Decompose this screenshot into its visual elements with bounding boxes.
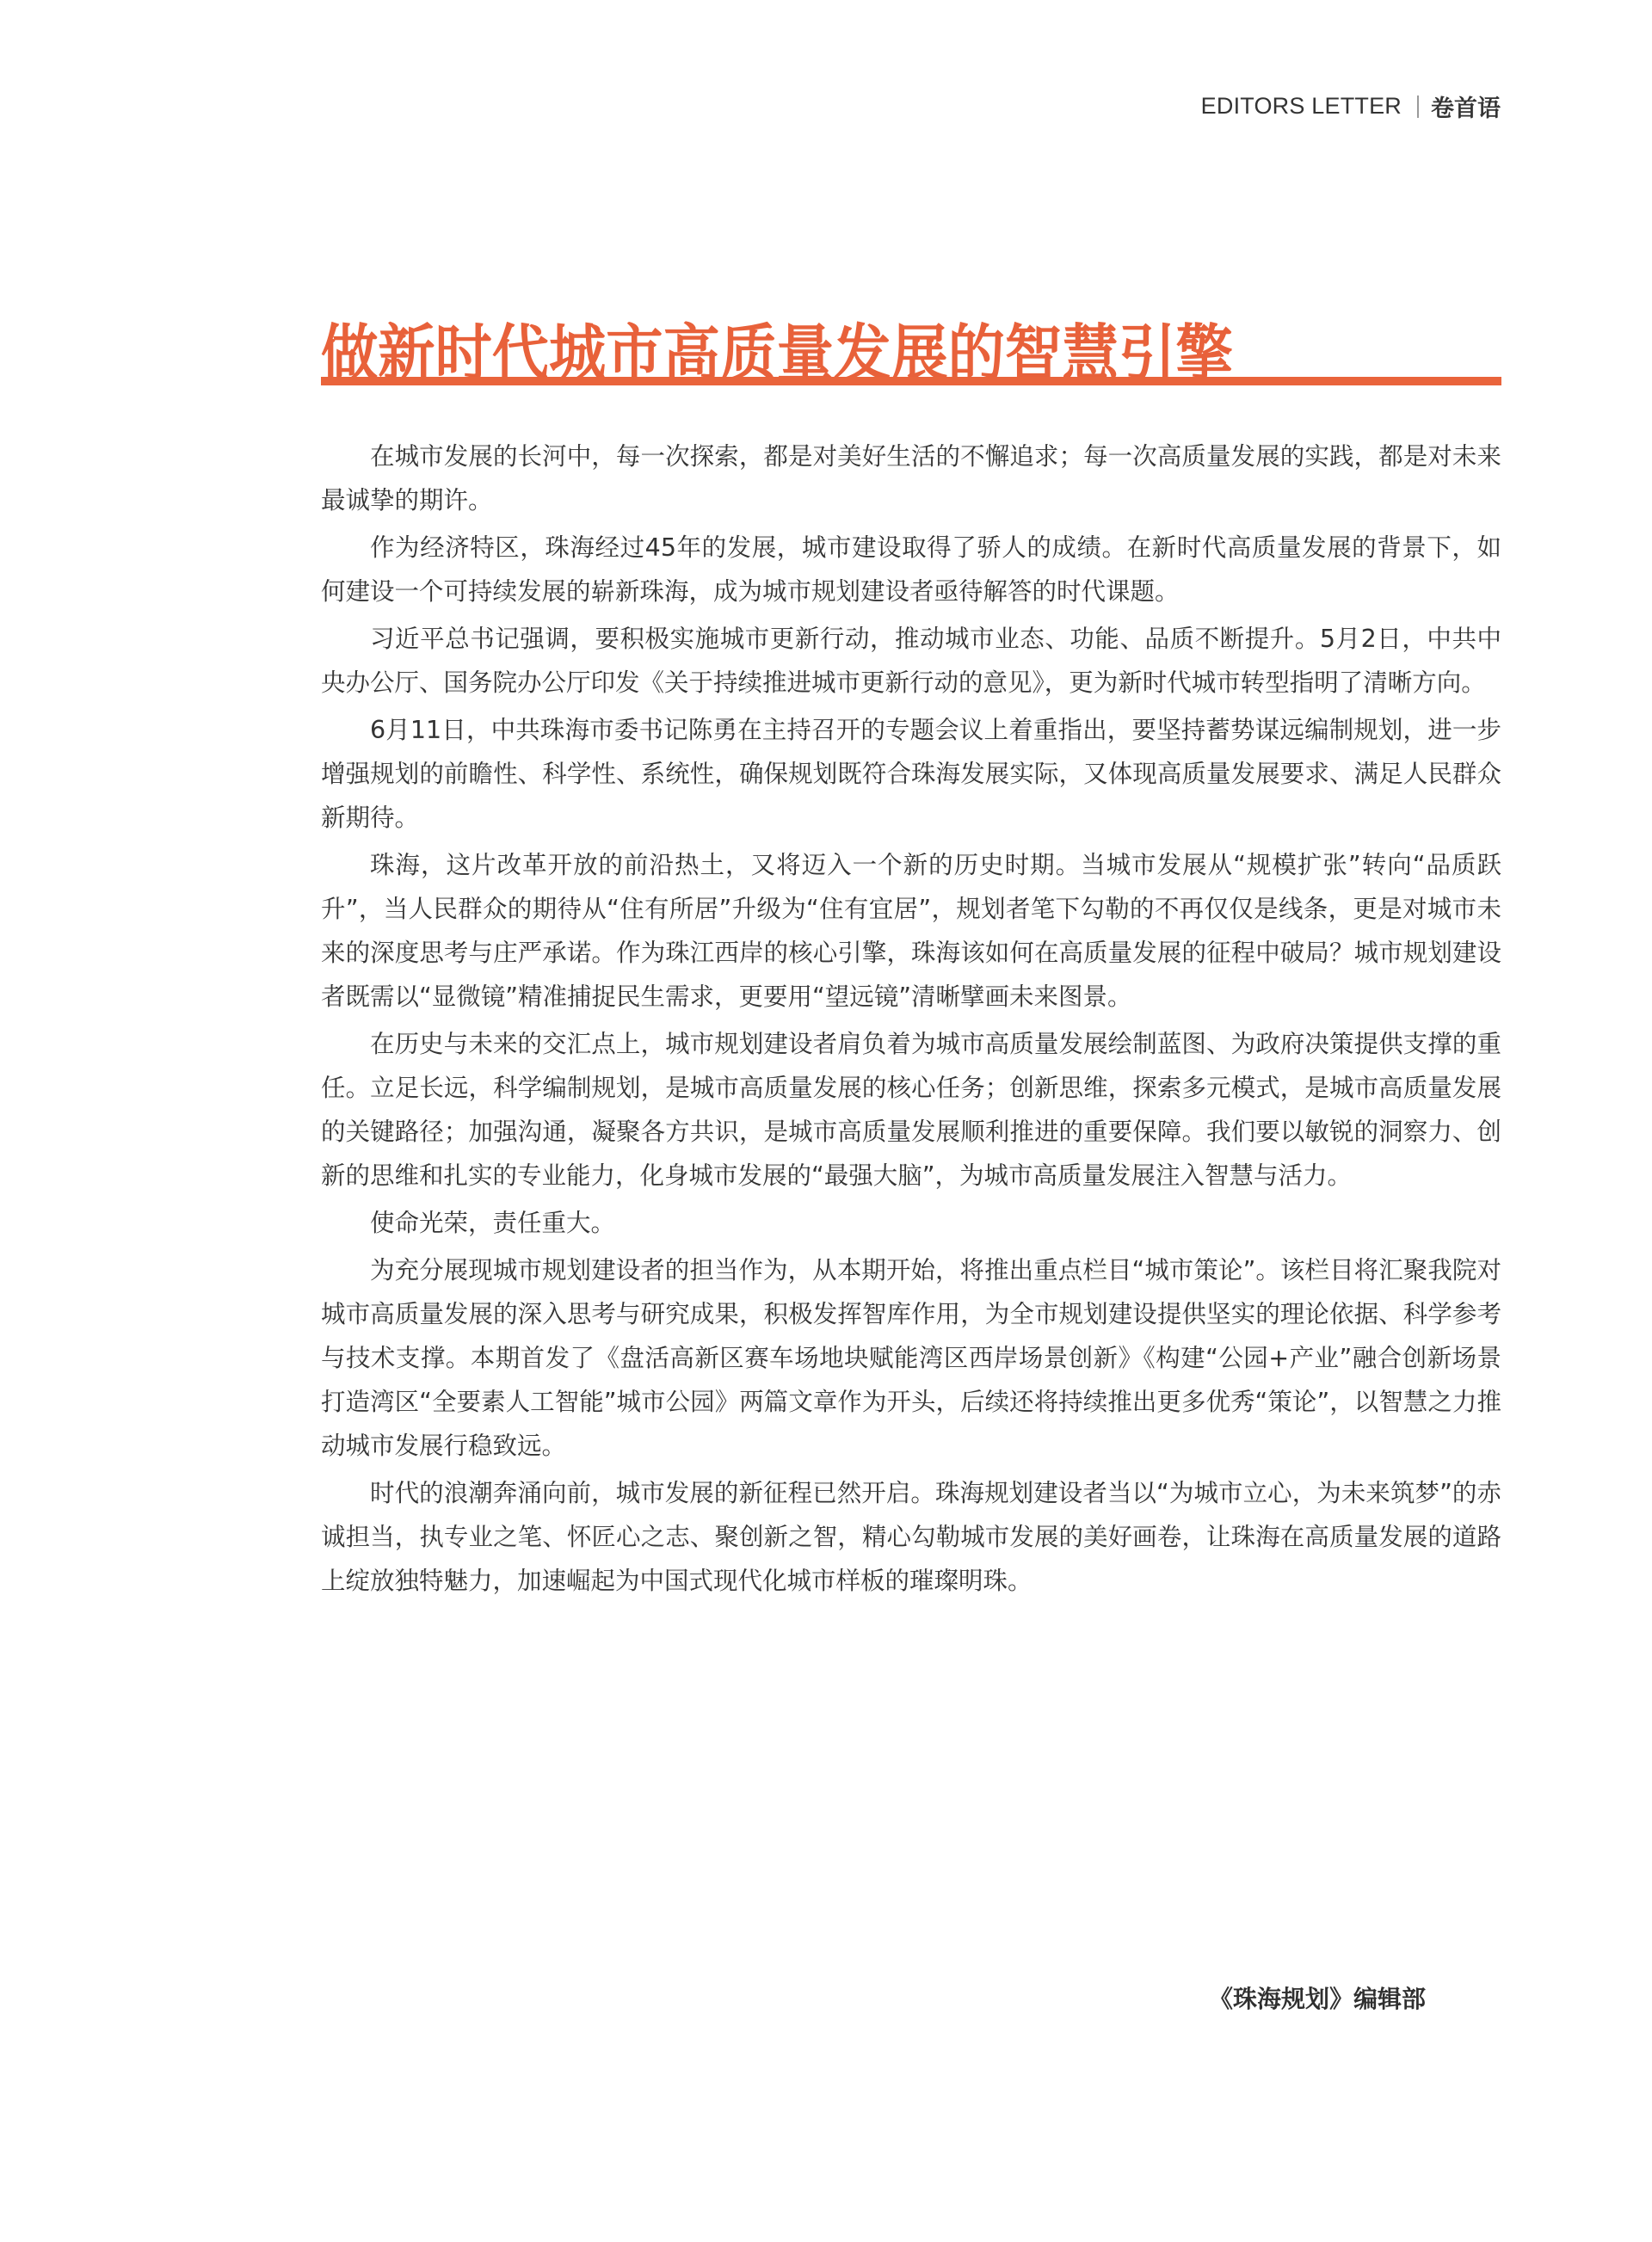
header-divider <box>1417 95 1419 118</box>
paragraph: 使命光荣，责任重大。 <box>321 1201 1501 1245</box>
paragraph: 作为经济特区，珠海经过45年的发展，城市建设取得了骄人的成绩。在新时代高质量发展… <box>321 526 1501 613</box>
running-header: EDITORS LETTER 卷首语 <box>1201 89 1501 123</box>
paragraph: 6月11日，中共珠海市委书记陈勇在主持召开的专题会议上着重指出，要坚持蓄势谋远编… <box>321 708 1501 840</box>
editorial-signature: 《珠海规划》编辑部 <box>1209 1980 1426 2015</box>
paragraph: 珠海，这片改革开放的前沿热土，又将迈入一个新的历史时期。当城市发展从“规模扩张”… <box>321 843 1501 1019</box>
paragraph: 习近平总书记强调，要积极实施城市更新行动，推动城市业态、功能、品质不断提升。5月… <box>321 617 1501 705</box>
paragraph: 时代的浪潮奔涌向前，城市发展的新征程已然开启。珠海规划建设者当以“为城市立心，为… <box>321 1471 1501 1603</box>
section-label-en: EDITORS LETTER <box>1201 93 1402 120</box>
section-label-zh: 卷首语 <box>1431 89 1501 123</box>
paragraph: 在城市发展的长河中，每一次探索，都是对美好生活的不懈追求；每一次高质量发展的实践… <box>321 434 1501 522</box>
title-underline-rule <box>321 377 1501 385</box>
article-body: 在城市发展的长河中，每一次探索，都是对美好生活的不懈追求；每一次高质量发展的实践… <box>321 434 1501 1606</box>
paragraph: 在历史与未来的交汇点上，城市规划建设者肩负着为城市高质量发展绘制蓝图、为政府决策… <box>321 1022 1501 1198</box>
paragraph: 为充分展现城市规划建设者的担当作为，从本期开始，将推出重点栏目“城市策论”。该栏… <box>321 1248 1501 1468</box>
